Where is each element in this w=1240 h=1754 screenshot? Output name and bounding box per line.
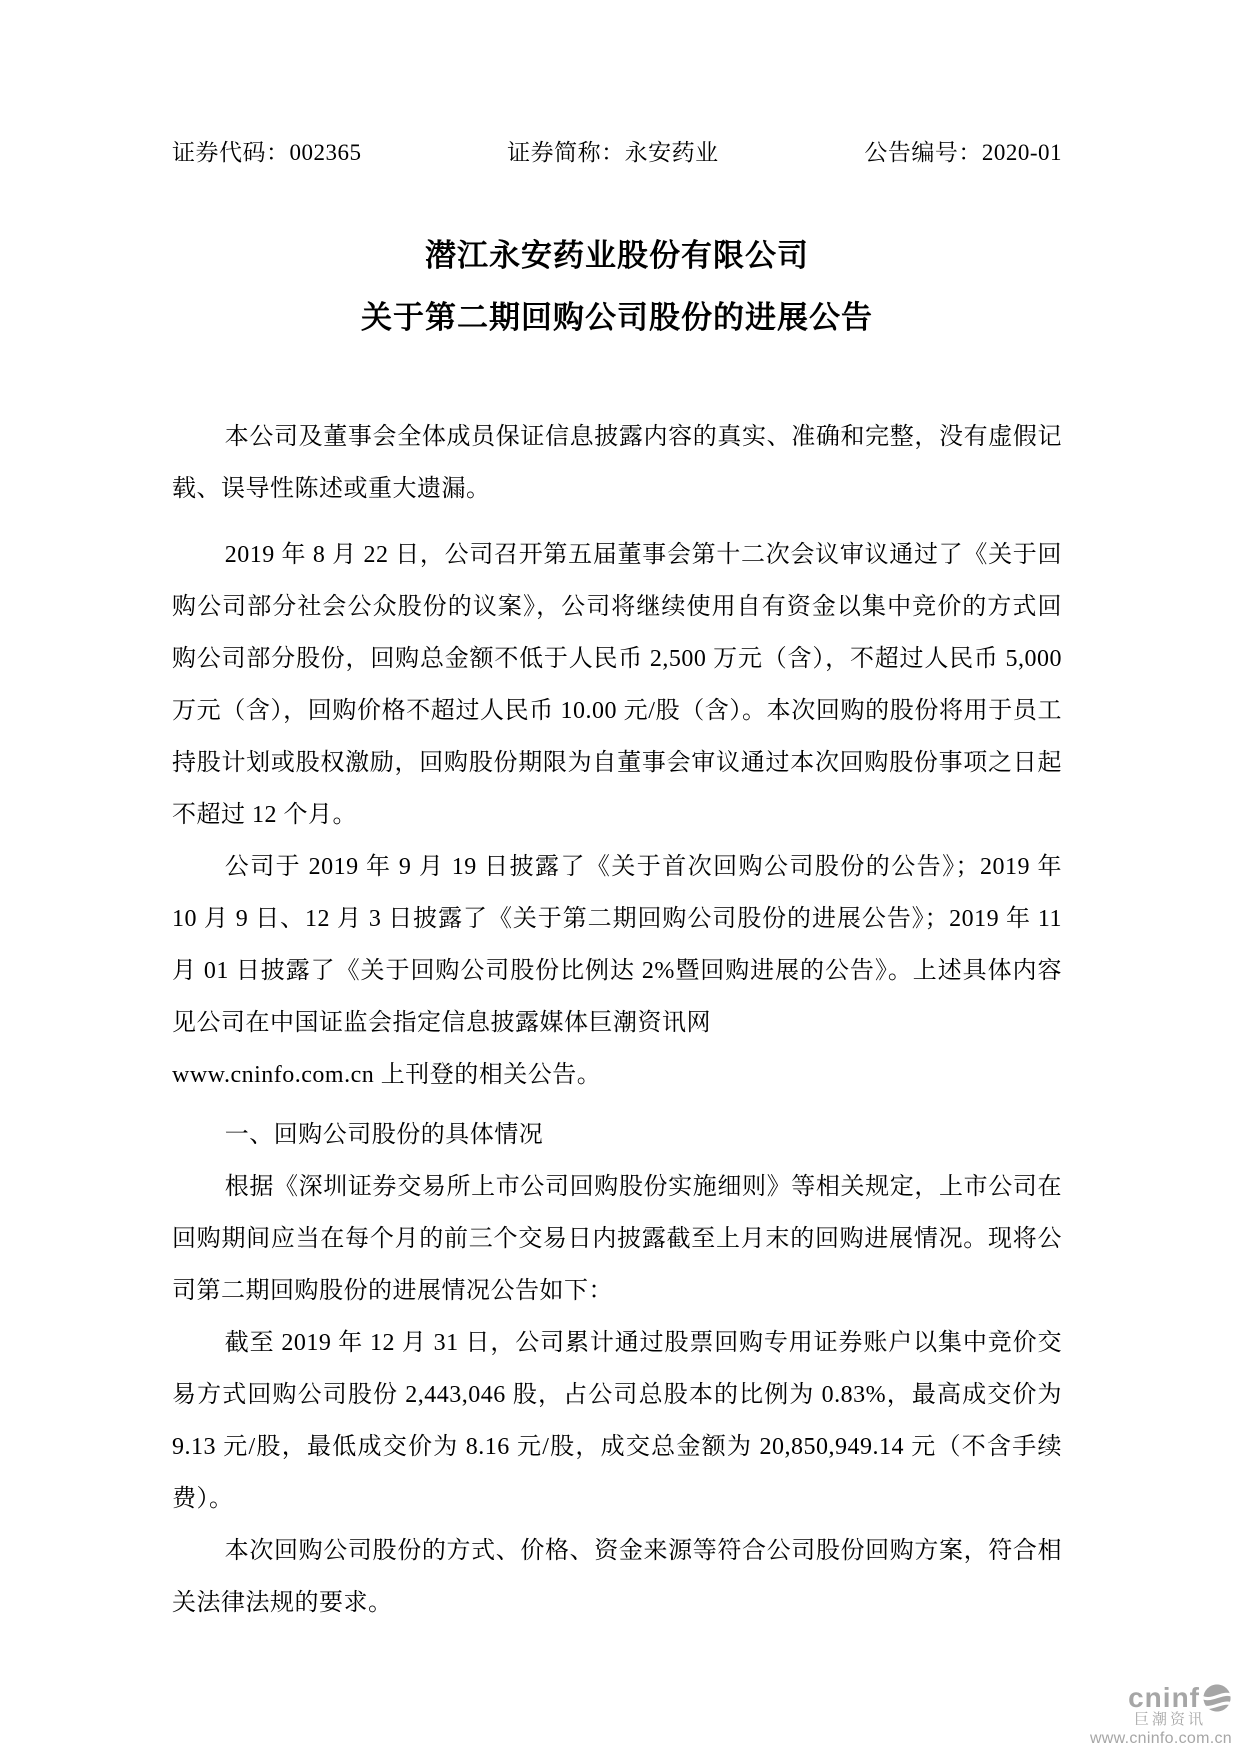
compliance-paragraph: 本次回购公司股份的方式、价格、资金来源等符合公司股份回购方案，符合相关法律法规的…	[172, 1525, 1062, 1629]
cninfo-url: www.cninfo.com.cn	[1090, 1730, 1232, 1748]
url-continuation-line: www.cninfo.com.cn 上刊登的相关公告。	[172, 1049, 1062, 1101]
announcement-page: 证券代码：002365 证券简称：永安药业 公告编号：2020-01 潜江永安药…	[0, 0, 1240, 1754]
cninfo-watermark: cninf 巨潮资讯 www.cninfo.com.cn	[1090, 1682, 1232, 1748]
stock-code: 证券代码：002365	[172, 134, 362, 167]
document-header: 证券代码：002365 证券简称：永安药业 公告编号：2020-01	[172, 134, 1062, 167]
buyback-progress-paragraph: 截至 2019 年 12 月 31 日，公司累计通过股票回购专用证券账户以集中竞…	[172, 1317, 1062, 1525]
section-heading: 一、回购公司股份的具体情况	[172, 1109, 1062, 1161]
prior-announcements-paragraph: 公司于 2019 年 9 月 19 日披露了《关于首次回购公司股份的公告》；20…	[172, 841, 1062, 1049]
disclosure-statement-paragraph: 本公司及董事会全体成员保证信息披露内容的真实、准确和完整，没有虚假记载、误导性陈…	[172, 411, 1062, 515]
cninfo-globe-icon	[1202, 1683, 1232, 1713]
document-body: 本公司及董事会全体成员保证信息披露内容的真实、准确和完整，没有虚假记载、误导性陈…	[172, 411, 1062, 1629]
announcement-number: 公告编号：2020-01	[864, 134, 1062, 167]
cninfo-chinese-name: 巨潮资讯	[1090, 1711, 1206, 1728]
stock-abbr: 证券简称：永安药业	[507, 134, 719, 167]
board-resolution-paragraph: 2019 年 8 月 22 日，公司召开第五届董事会第十二次会议审议通过了《关于…	[172, 529, 1062, 841]
cninfo-logo: cninf	[1090, 1682, 1232, 1714]
company-name-title: 潜江永安药业股份有限公司	[172, 225, 1062, 287]
cninfo-logo-text: cninf	[1128, 1682, 1200, 1714]
announcement-subject-title: 关于第二期回购公司股份的进展公告	[172, 287, 1062, 349]
disclosure-rules-paragraph: 根据《深圳证券交易所上市公司回购股份实施细则》等相关规定，上市公司在回购期间应当…	[172, 1161, 1062, 1317]
